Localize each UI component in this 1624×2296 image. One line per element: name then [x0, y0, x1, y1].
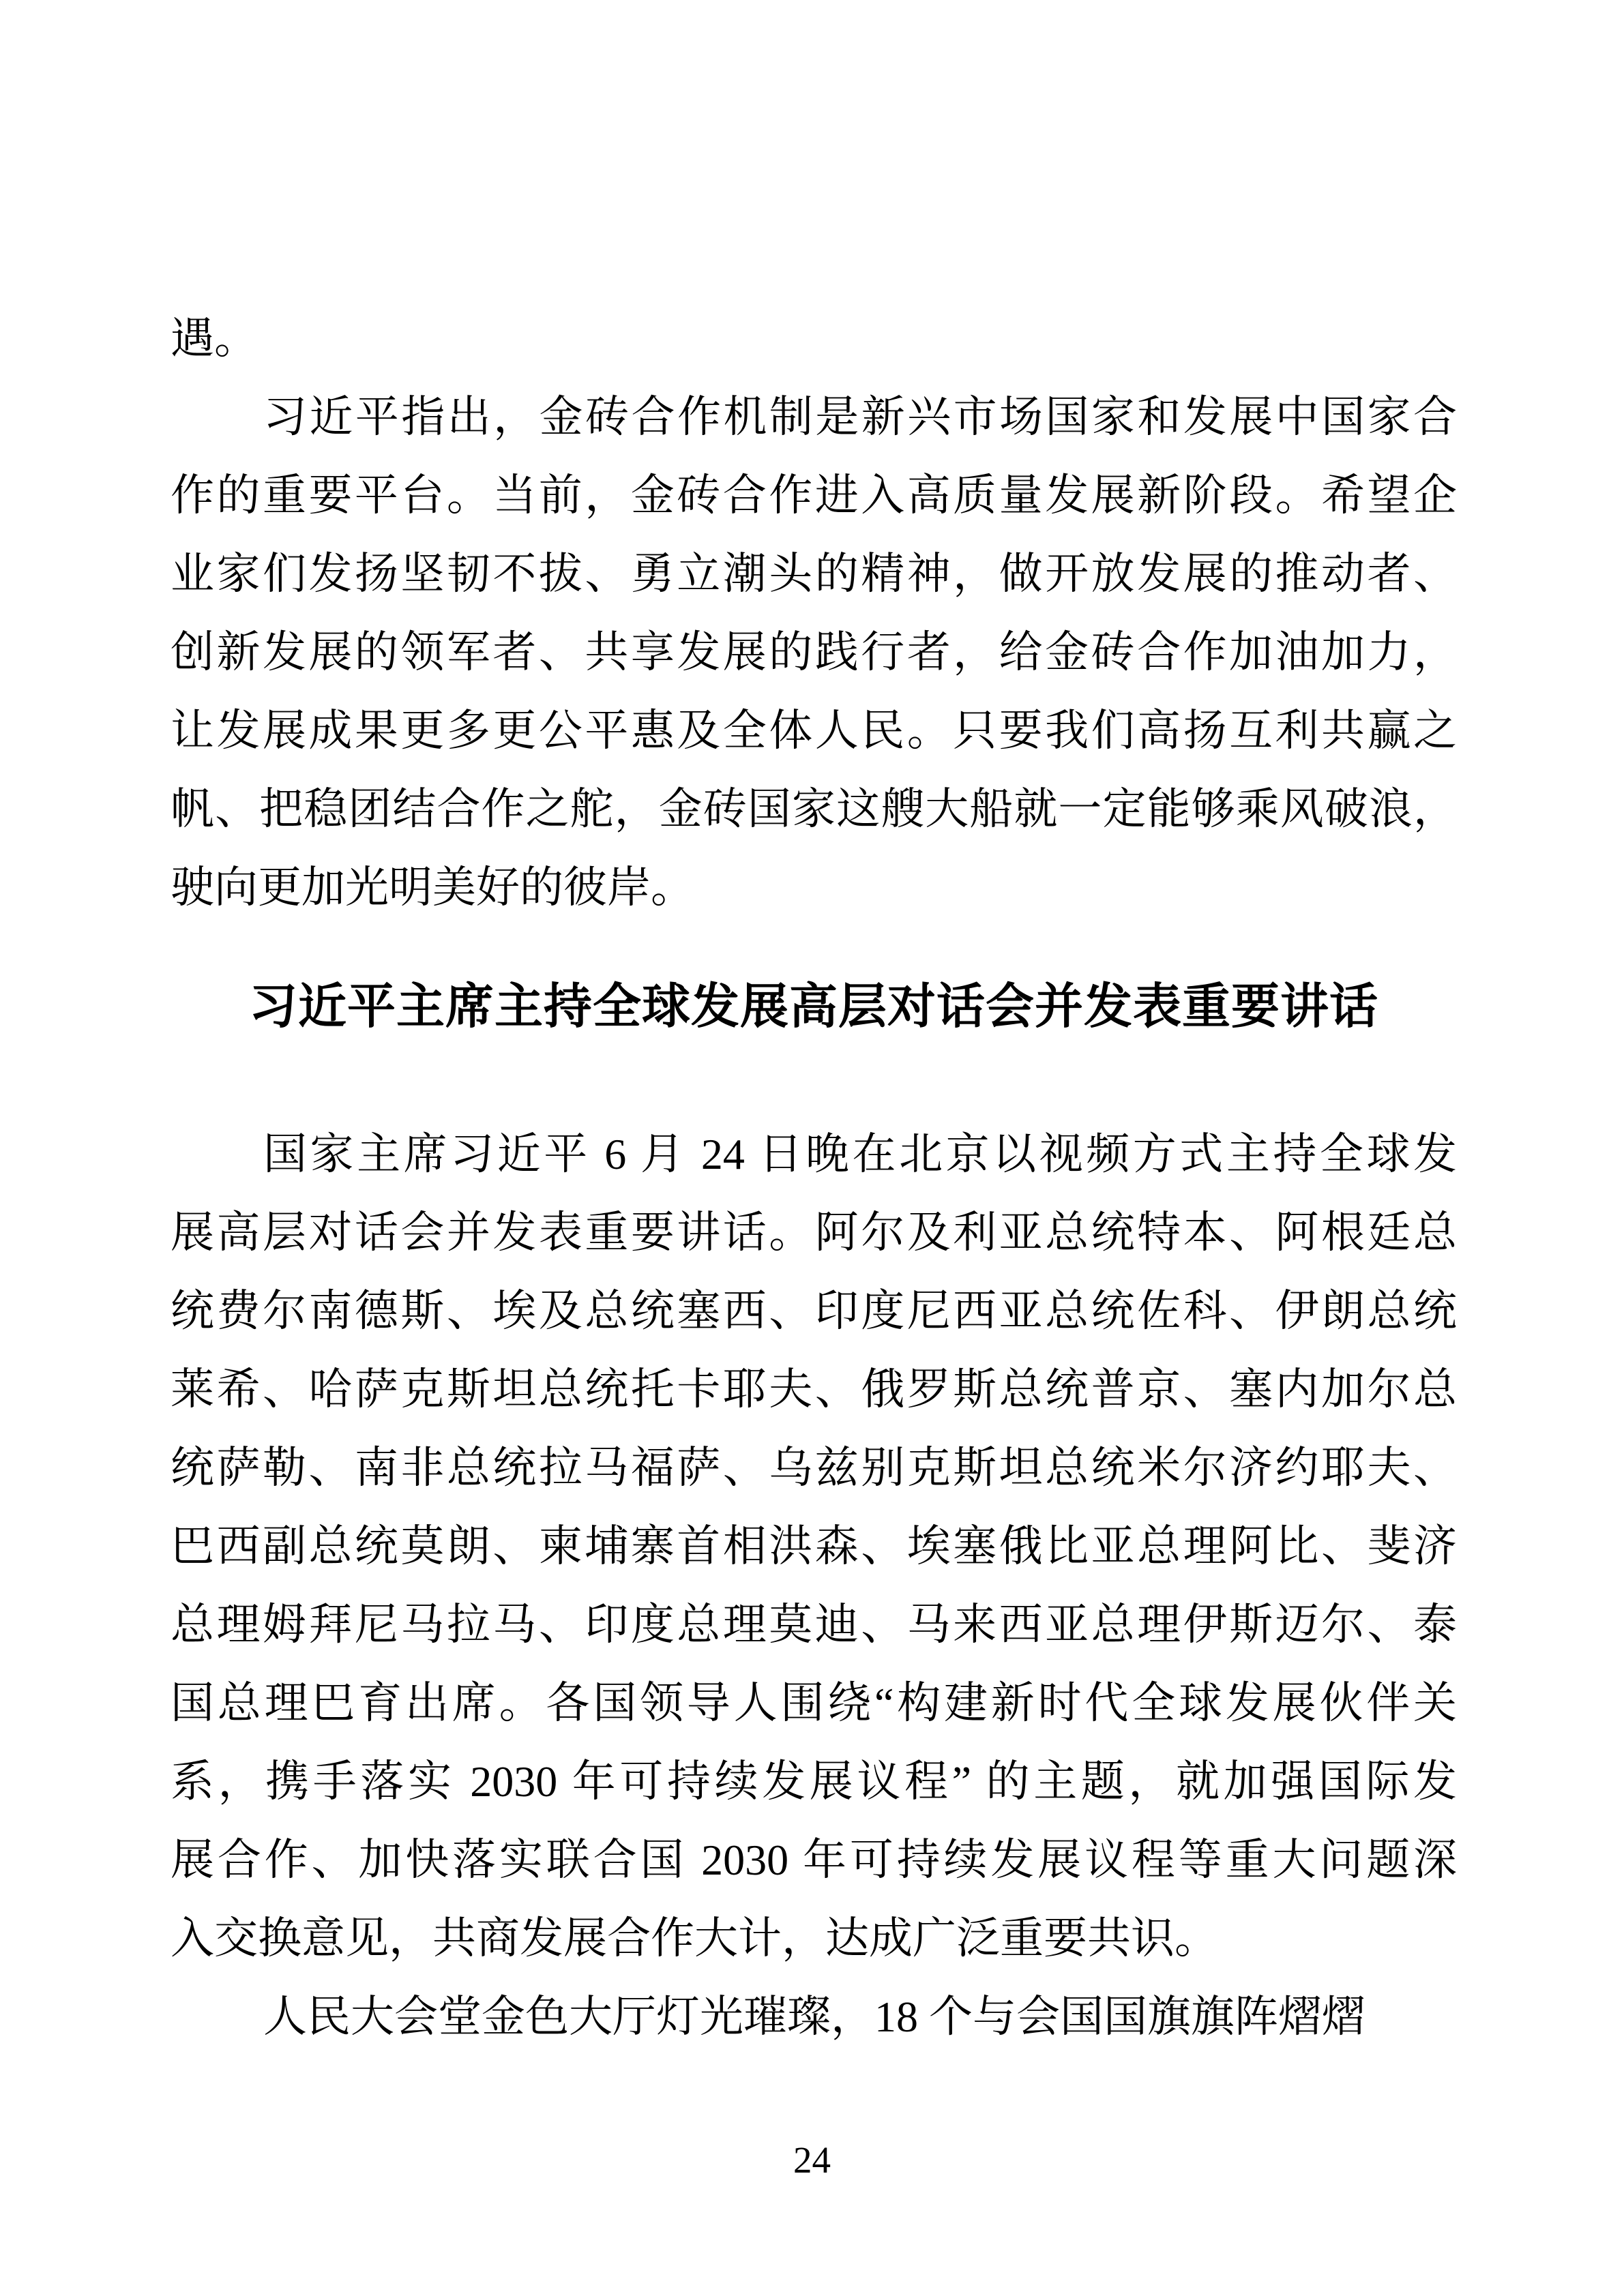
- text-line: 业家们发扬坚韧不拔、勇立潮头的精神，做开放发展的推动者、: [171, 535, 1457, 613]
- text-line: 驶向更加光明美好的彼岸。: [171, 848, 1457, 927]
- text-line: 展高层对话会并发表重要讲话。阿尔及利亚总统特本、阿根廷总: [171, 1193, 1457, 1272]
- text-line: 让发展成果更多更公平惠及全体人民。只要我们高扬互利共赢之: [171, 691, 1457, 770]
- text-line: 遇。: [171, 299, 1457, 378]
- text-line: 莱希、哈萨克斯坦总统托卡耶夫、俄罗斯总统普京、塞内加尔总: [171, 1350, 1457, 1429]
- text-line: 入交换意见，共商发展合作大计，达成广泛重要共识。: [171, 1899, 1457, 1978]
- text-line: 作的重要平台。当前，金砖合作进入高质量发展新阶段。希望企: [171, 456, 1457, 535]
- paragraph-dialogue-attendees: 国家主席习近平 6 月 24 日晚在北京以视频方式主持全球发 展高层对话会并发表…: [171, 1115, 1457, 1978]
- text-line: 统费尔南德斯、埃及总统塞西、印度尼西亚总统佐科、伊朗总统: [171, 1272, 1457, 1350]
- text-line: 总理姆拜尼马拉马、印度总理莫迪、马来西亚总理伊斯迈尔、泰: [171, 1585, 1457, 1664]
- text-line: 帆、把稳团结合作之舵，金砖国家这艘大船就一定能够乘风破浪，: [171, 770, 1457, 848]
- paragraph-brics-remarks: 习近平指出，金砖合作机制是新兴市场国家和发展中国家合 作的重要平台。当前，金砖合…: [171, 378, 1457, 927]
- text-line: 人民大会堂金色大厅灯光璀璨，18 个与会国国旗旗阵熠熠: [171, 1978, 1457, 2056]
- paragraph-great-hall: 人民大会堂金色大厅灯光璀璨，18 个与会国国旗旗阵熠熠: [171, 1978, 1457, 2056]
- paragraph-continuation: 遇。: [171, 299, 1457, 378]
- article-heading: 习近平主席主持全球发展高层对话会并发表重要讲话: [171, 964, 1457, 1050]
- text-line: 国家主席习近平 6 月 24 日晚在北京以视频方式主持全球发: [171, 1115, 1457, 1193]
- text-line: 展合作、加快落实联合国 2030 年可持续发展议程等重大问题深: [171, 1821, 1457, 1899]
- document-page: 遇。 习近平指出，金砖合作机制是新兴市场国家和发展中国家合 作的重要平台。当前，…: [0, 0, 1624, 2296]
- text-line: 创新发展的领军者、共享发展的践行者，给金砖合作加油加力，: [171, 613, 1457, 691]
- text-line: 国总理巴育出席。各国领导人围绕“构建新时代全球发展伙伴关: [171, 1664, 1457, 1742]
- page-body: 遇。 习近平指出，金砖合作机制是新兴市场国家和发展中国家合 作的重要平台。当前，…: [171, 299, 1457, 2056]
- page-number: 24: [0, 2136, 1624, 2184]
- text-line: 习近平指出，金砖合作机制是新兴市场国家和发展中国家合: [171, 378, 1457, 456]
- text-line: 系，携手落实 2030 年可持续发展议程” 的主题，就加强国际发: [171, 1742, 1457, 1821]
- text-line: 巴西副总统莫朗、柬埔寨首相洪森、埃塞俄比亚总理阿比、斐济: [171, 1507, 1457, 1585]
- text-line: 统萨勒、南非总统拉马福萨、乌兹别克斯坦总统米尔济约耶夫、: [171, 1429, 1457, 1507]
